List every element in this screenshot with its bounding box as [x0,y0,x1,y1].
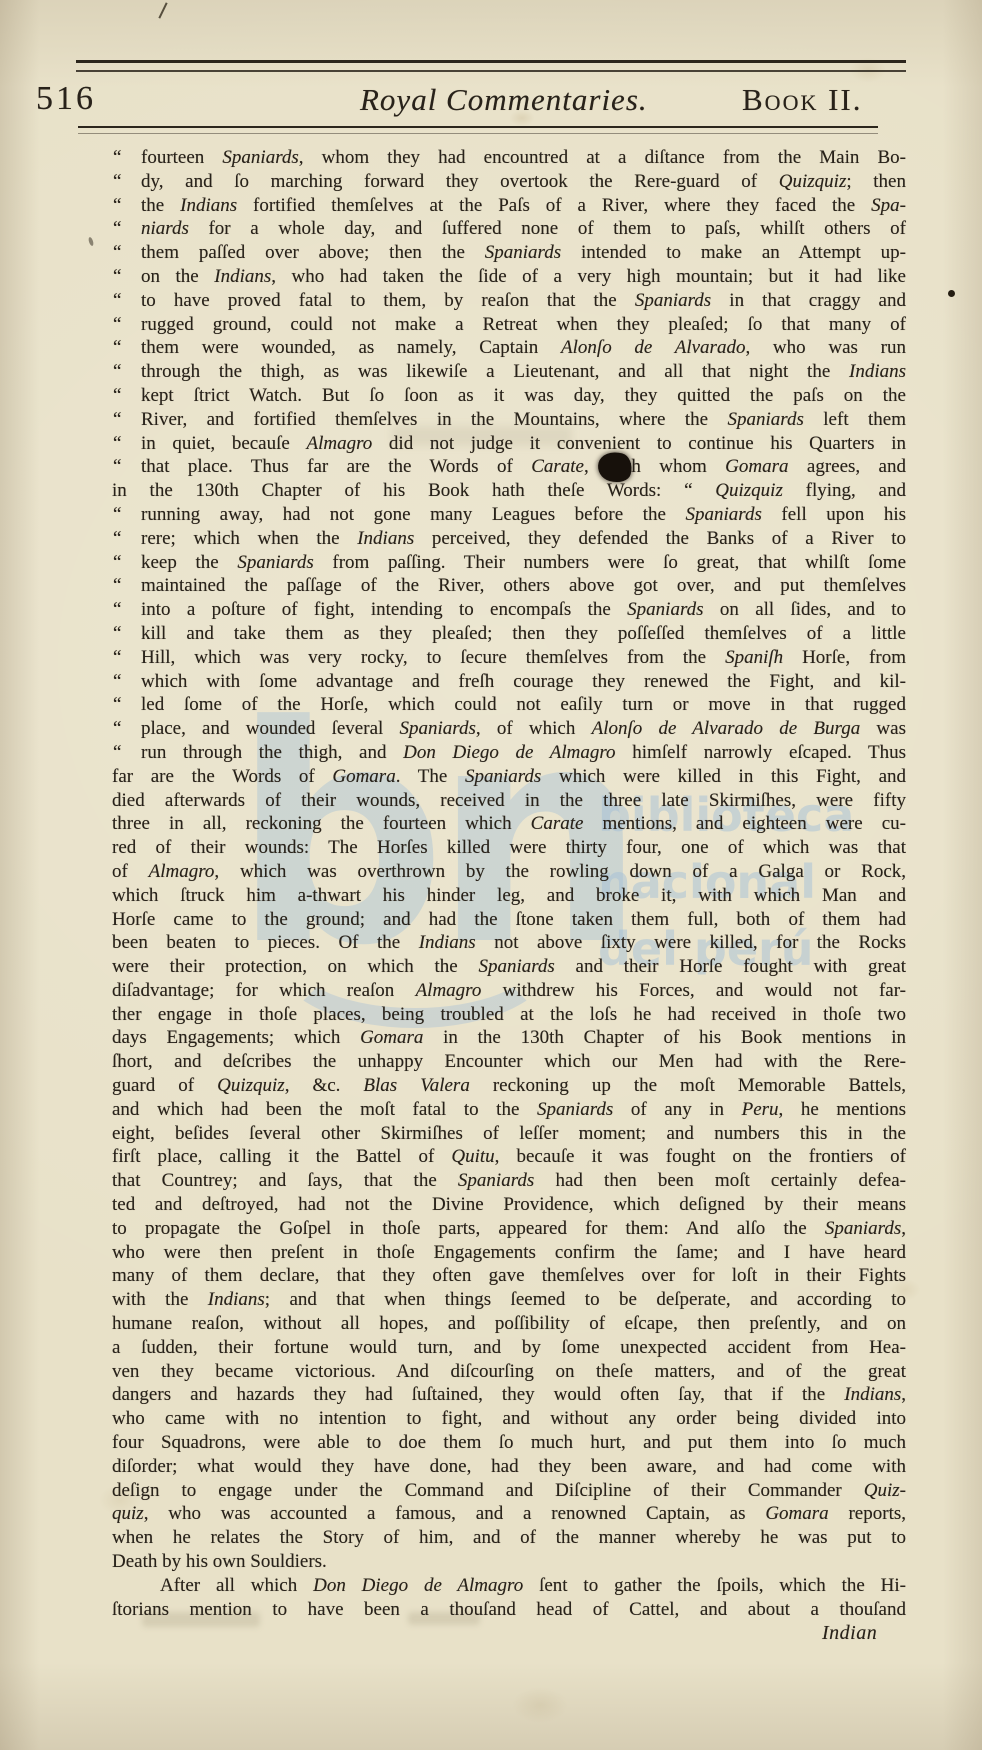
ink-speck [948,290,955,297]
margin-quote-mark: “ [113,313,121,337]
text-line: ven they became victorious. And diſcourſ… [112,1360,906,1384]
text-line: with the Indians; and that when things ſ… [112,1288,906,1312]
text-line: diſadvantage; for which reaſon Almagro w… [112,979,906,1003]
text-line: “them paſſed over above; then the Spania… [112,241,906,265]
header-rule-bottom [78,126,878,134]
margin-quote-mark: “ [113,551,121,575]
ink-speck [88,237,95,247]
text-line: “on the Indians, who had taken the ſide … [112,265,906,289]
margin-quote-mark: “ [113,693,121,717]
margin-quote-mark: “ [113,527,121,551]
text-line: After all which Don Diego de Almagro ſen… [112,1574,906,1598]
text-line: deſign to engage under the Command and D… [112,1479,906,1503]
book-label: Book II. [742,82,863,118]
text-line: and which had been the moſt fatal to the… [112,1098,906,1122]
running-title: Royal Commentaries. [360,82,648,118]
text-line: “place, and wounded ſeveral Spaniards, o… [112,717,906,741]
margin-quote-mark: “ [113,336,121,360]
margin-quote-mark: “ [113,289,121,313]
text-line: days Engagements; which Gomara in the 13… [112,1026,906,1050]
text-line: Horſe came to the ground; and had the ſt… [112,908,906,932]
text-line: “running away, had not gone many Leagues… [112,503,906,527]
margin-quote-mark: “ [113,384,121,408]
text-line: when he relates the Story of him, and of… [112,1526,906,1550]
text-line: “into a poſture of fight, intending to e… [112,598,906,622]
text-line: “which with ſome advantage and freſh cou… [112,670,906,694]
text-line: been beaten to pieces. Of the Indians no… [112,931,906,955]
margin-quote-mark: “ [113,598,121,622]
text-line: three in all, reckoning the fourteen whi… [112,812,906,836]
text-line: were their protection, on which the Span… [112,955,906,979]
text-line: “niards for a whole day, and ſuffered no… [112,217,906,241]
text-line: “the Indians fortified themſelves at the… [112,194,906,218]
text-line: “River, and fortified themſelves in the … [112,408,906,432]
text-line: far are the Words of Gomara. The Spaniar… [112,765,906,789]
margin-quote-mark: “ [113,622,121,646]
text-line: eight, beſides ſeveral other Skirmiſhes … [112,1122,906,1146]
text-line: guard of Quizquiz, &c. Blas Valera recko… [112,1074,906,1098]
text-line: dangers and hazards they had ſuſtained, … [112,1383,906,1407]
margin-quote-mark: “ [113,408,121,432]
text-line: ther engage in thoſe places, being troub… [112,1003,906,1027]
text-line: “rugged ground, could not make a Retreat… [112,313,906,337]
page-number: 516 [36,80,96,118]
margin-quote-mark: “ [113,360,121,384]
text-line: ſhort, and deſcribes the unhappy Encount… [112,1050,906,1074]
text-line: of Almagro, which was overthrown by the … [112,860,906,884]
text-line: “to have proved fatal to them, by reaſon… [112,289,906,313]
header-rule-top [76,60,906,72]
book-page-scan: 516 Royal Commentaries. Book II. bn bibl… [0,0,982,1750]
margin-quote-mark: “ [113,670,121,694]
text-line: firſt place, calling it the Battel of Qu… [112,1145,906,1169]
pen-mark [158,2,167,18]
margin-quote-mark: “ [113,265,121,289]
text-line: in the 130th Chapter of his Book hath th… [112,479,906,503]
text-line: to propagate the Goſpel in thoſe parts, … [112,1217,906,1241]
text-line: “kill and take them as they pleaſed; the… [112,622,906,646]
margin-quote-mark: “ [113,432,121,456]
body-text: “fourteen Spaniards, whom they had encou… [112,146,906,1621]
margin-quote-mark: “ [113,170,121,194]
margin-quote-mark: “ [113,574,121,598]
text-line: four Squadrons, were able to doe them ſo… [112,1431,906,1455]
text-line: who came with no intention to fight, and… [112,1407,906,1431]
text-line: quiz, who was accounted a famous, and a … [112,1502,906,1526]
text-line: “fourteen Spaniards, whom they had encou… [112,146,906,170]
text-line: Death by his own Souldiers. [112,1550,906,1574]
text-line: diſorder; what would they have done, had… [112,1455,906,1479]
text-line: “run through the thigh, and Don Diego de… [112,741,906,765]
text-line: a ſudden, their fortune would turn, and … [112,1336,906,1360]
text-line: that Countrey; and ſays, that the Spania… [112,1169,906,1193]
text-line: “them were wounded, as namely, Captain A… [112,336,906,360]
text-line: humane reaſon, without all hopes, and po… [112,1312,906,1336]
margin-quote-mark: “ [113,717,121,741]
margin-quote-mark: “ [113,241,121,265]
text-line: red of their wounds: The Horſes killed w… [112,836,906,860]
margin-quote-mark: “ [113,503,121,527]
text-line: “rere; which when the Indians perceived,… [112,527,906,551]
catchword: Indian [822,1622,877,1645]
text-line: “through the thigh, as was likewiſe a Li… [112,360,906,384]
text-line: who were then preſent in thoſe Engagemen… [112,1241,906,1265]
text-line: died afterwards of their wounds, receive… [112,789,906,813]
margin-quote-mark: “ [113,146,121,170]
text-line: which ſtruck him a-thwart his hinder leg… [112,884,906,908]
text-line: “kept ſtrict Watch. But ſo ſoon as it wa… [112,384,906,408]
text-line: ſtorians mention to have been a thouſand… [112,1598,906,1622]
margin-quote-mark: “ [113,455,121,479]
text-line: many of them declare, that they often ga… [112,1264,906,1288]
margin-quote-mark: “ [113,194,121,218]
text-line: “that place. Thus far are the Words of C… [112,455,906,479]
margin-quote-mark: “ [113,217,121,241]
text-line: “maintained the paſſage of the River, ot… [112,574,906,598]
text-line: “keep the Spaniards from paſſing. Their … [112,551,906,575]
text-line: “led ſome of the Horſe, which could not … [112,693,906,717]
text-line: ted and deſtroyed, had not the Divine Pr… [112,1193,906,1217]
margin-quote-mark: “ [113,646,121,670]
text-line: “dy, and ſo marching forward they overto… [112,170,906,194]
text-line: “Hill, which was very rocky, to ſecure t… [112,646,906,670]
margin-quote-mark: “ [113,741,121,765]
text-line: “in quiet, becauſe Almagro did not judge… [112,432,906,456]
